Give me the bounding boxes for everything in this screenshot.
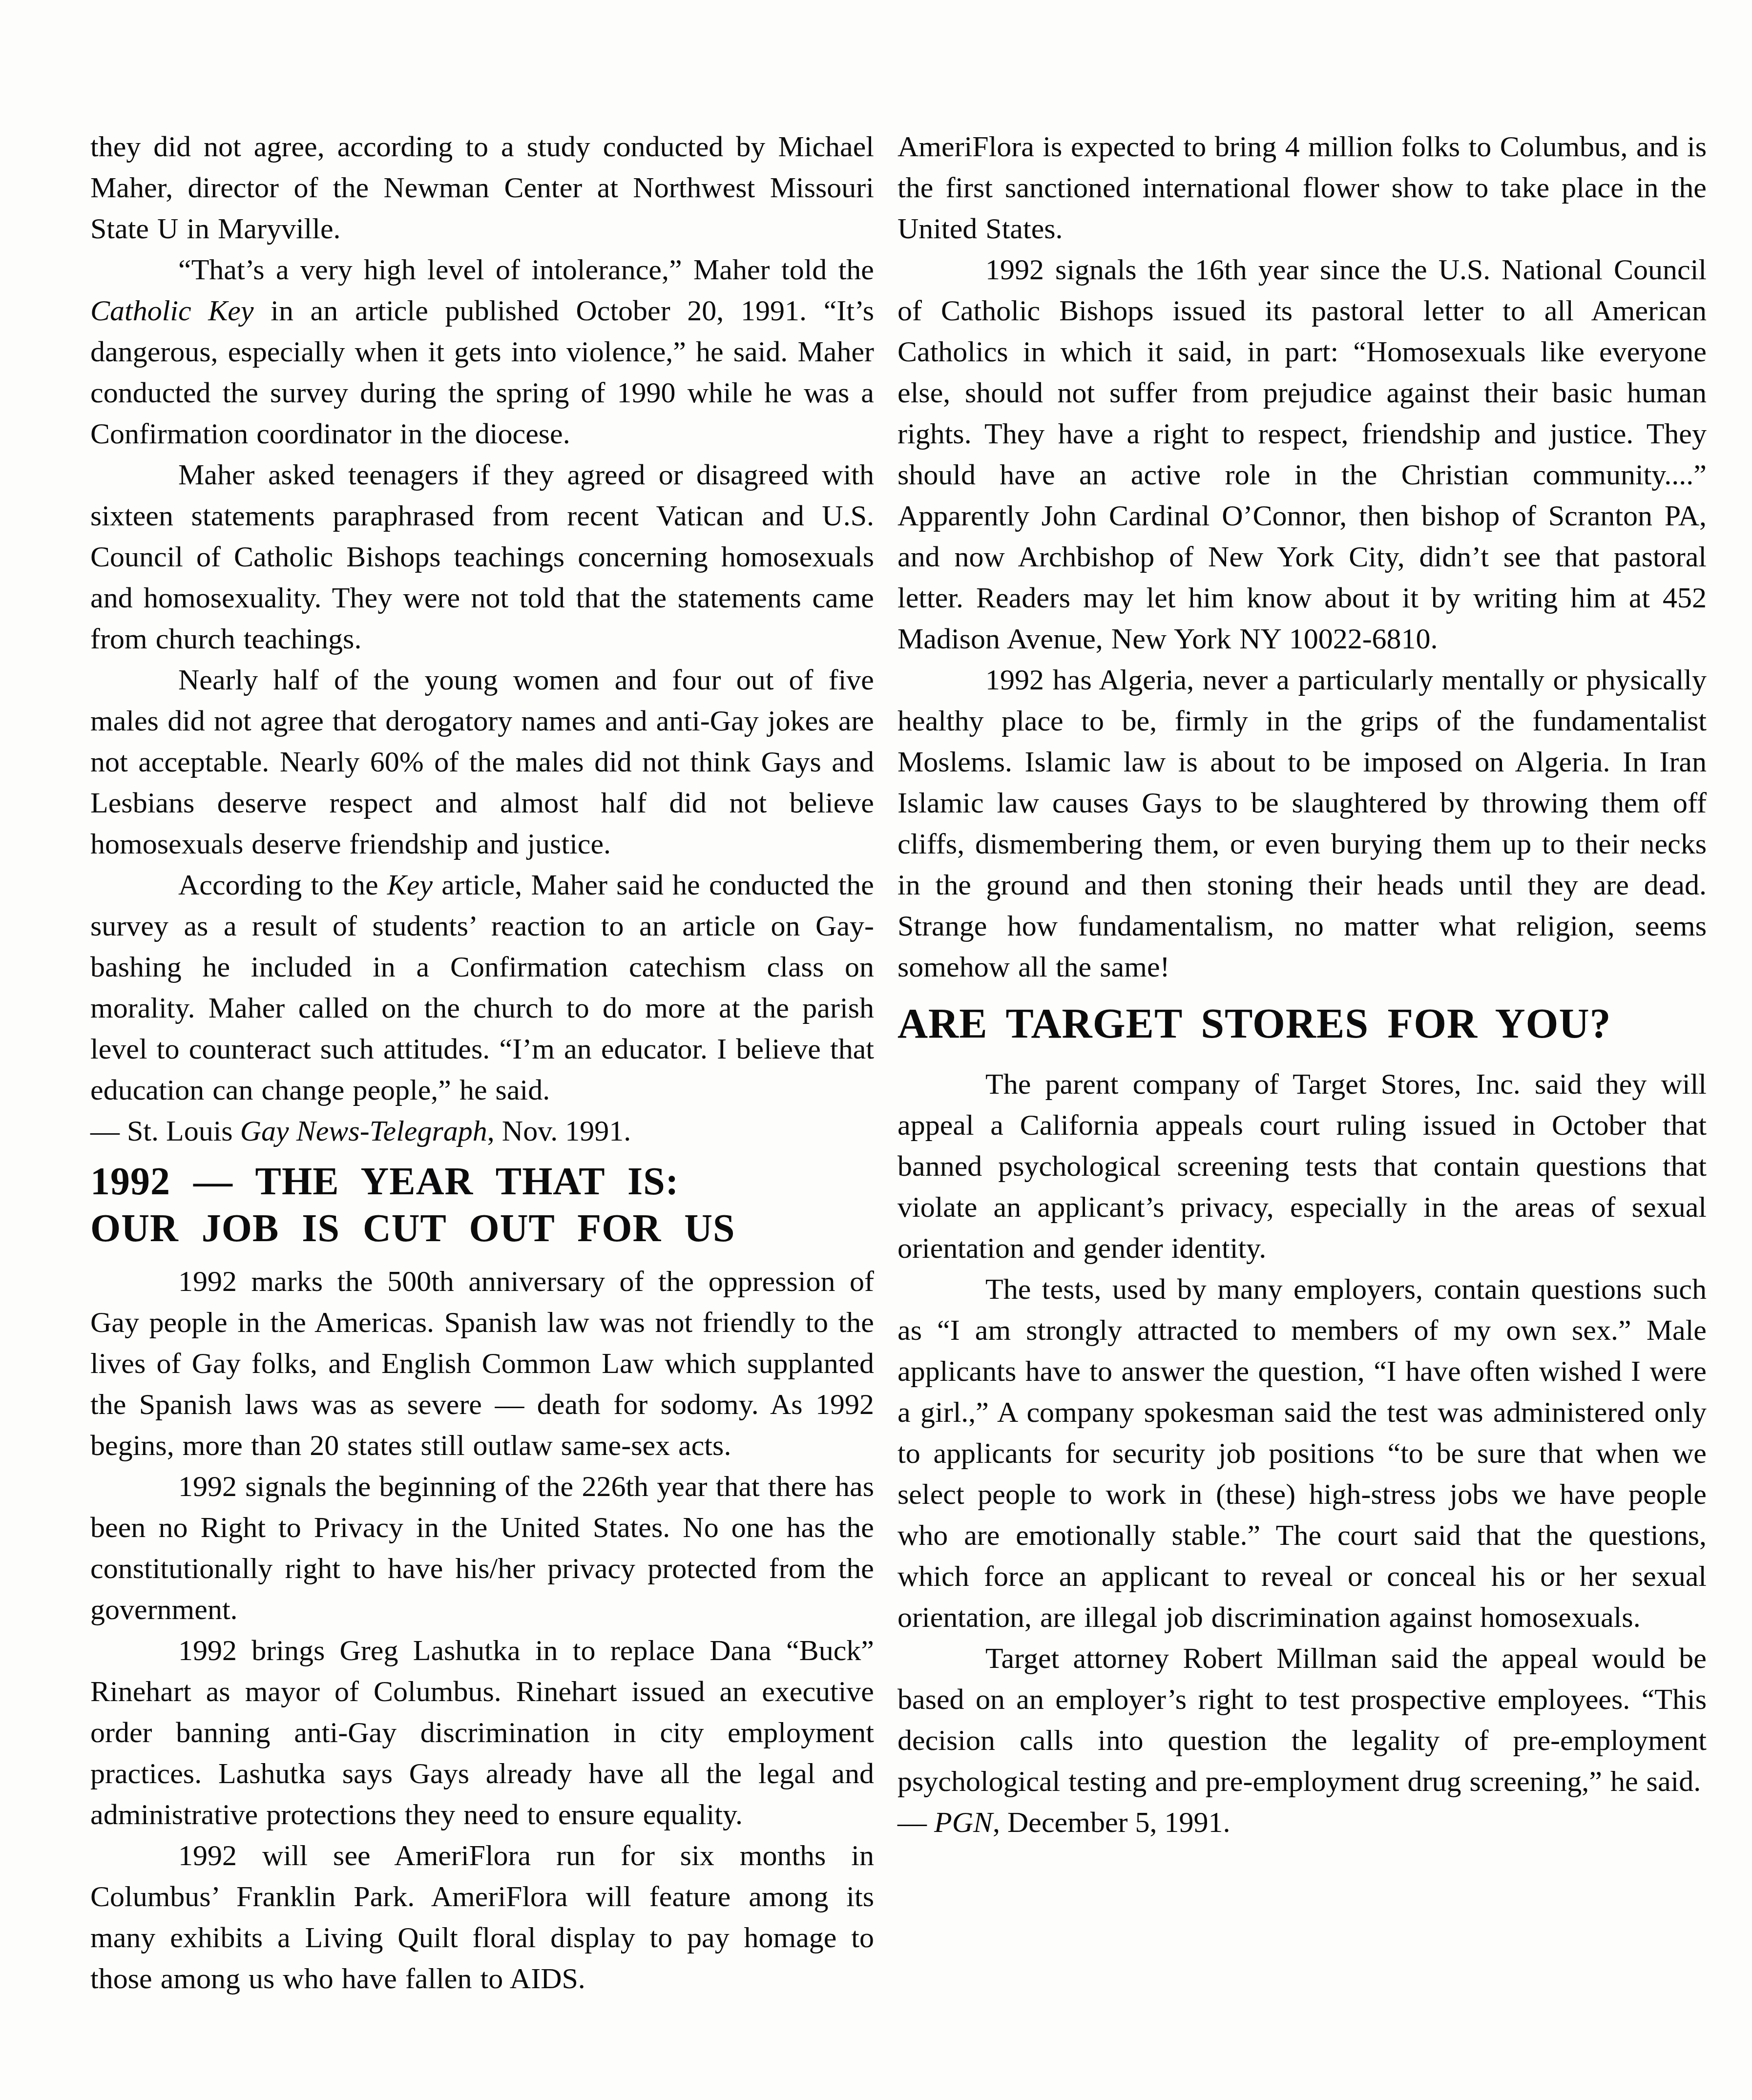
right-column: AmeriFlora is expected to bring 4 millio… xyxy=(897,126,1707,1843)
paragraph: Maher asked teenagers if they agreed or … xyxy=(90,454,874,659)
paragraph: 1992 will see AmeriFlora run for six mon… xyxy=(90,1835,874,1999)
paragraph: According to the Key article, Maher said… xyxy=(90,864,874,1110)
paragraph: 1992 marks the 500th anniversary of the … xyxy=(90,1261,874,1466)
paragraph: 1992 signals the beginning of the 226th … xyxy=(90,1466,874,1630)
heading-line-2: OUR JOB IS CUT OUT FOR US xyxy=(90,1205,874,1252)
source-attribution: — PGN, December 5, 1991. xyxy=(897,1802,1707,1843)
scanned-newsletter-page: they did not agree, according to a study… xyxy=(0,0,1752,2100)
paragraph: The tests, used by many employers, conta… xyxy=(897,1268,1707,1638)
source-attribution: — St. Louis Gay News-Telegraph, Nov. 199… xyxy=(90,1110,874,1151)
paragraph: “That’s a very high level of intolerance… xyxy=(90,249,874,454)
heading-line-1: ARE TARGET STORES FOR YOU? xyxy=(897,1000,1707,1047)
paragraph: they did not agree, according to a study… xyxy=(90,126,874,249)
paragraph: Target attorney Robert Millman said the … xyxy=(897,1638,1707,1802)
paragraph: 1992 has Algeria, never a particularly m… xyxy=(897,659,1707,987)
two-column-layout: they did not agree, according to a study… xyxy=(90,126,1707,1999)
article-heading-1992-the-year-that-is: 1992 — THE YEAR THAT IS: OUR JOB IS CUT … xyxy=(90,1158,874,1252)
left-column: they did not agree, according to a study… xyxy=(90,126,874,1999)
article-heading-are-target-stores-for-you: ARE TARGET STORES FOR YOU? xyxy=(897,1000,1707,1047)
heading-line-1: 1992 — THE YEAR THAT IS: xyxy=(90,1158,874,1205)
paragraph: AmeriFlora is expected to bring 4 millio… xyxy=(897,126,1707,249)
paragraph: The parent company of Target Stores, Inc… xyxy=(897,1063,1707,1268)
paragraph: Nearly half of the young women and four … xyxy=(90,659,874,864)
paragraph: 1992 brings Greg Lashutka in to replace … xyxy=(90,1630,874,1835)
paragraph: 1992 signals the 16th year since the U.S… xyxy=(897,249,1707,659)
